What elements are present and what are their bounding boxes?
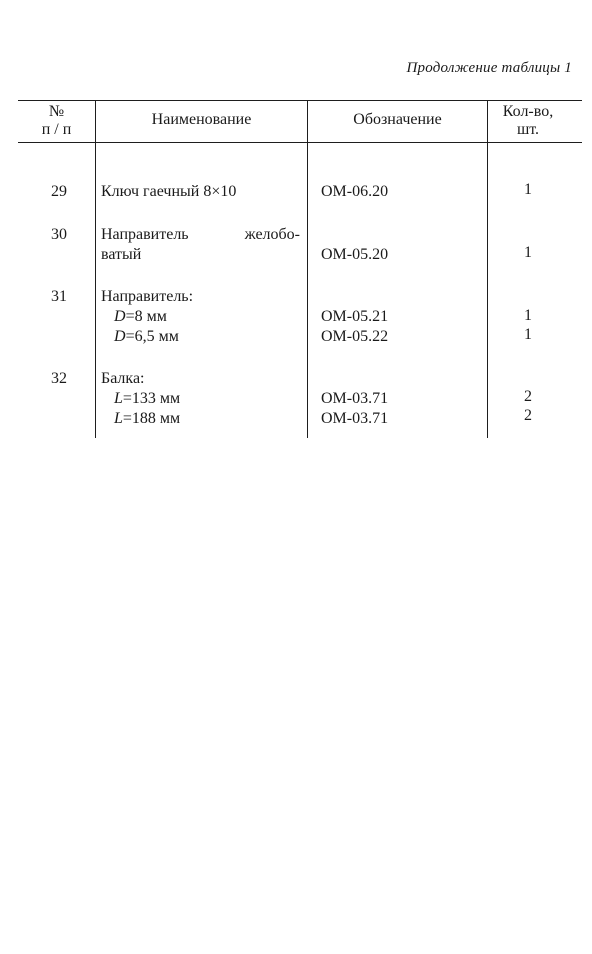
row-number: 30 — [24, 225, 94, 245]
row-name: Направитель: — [101, 287, 193, 307]
variant-designation: ОМ-03.71 — [321, 389, 388, 409]
variant-spec: L=133 мм — [114, 389, 180, 409]
table-top-rule — [18, 100, 582, 101]
header-number: № п / п — [18, 103, 95, 139]
row-name-line1: Направитель желобо- — [101, 225, 300, 245]
row-number: 32 — [24, 369, 94, 389]
row-designation: ОМ-05.20 — [321, 245, 388, 265]
header-bottom-rule — [18, 142, 582, 143]
variant-designation: ОМ-05.21 — [321, 307, 388, 327]
row-name: Ключ гаечный 8×10 — [101, 182, 236, 202]
table-caption: Продолжение таблицы 1 — [407, 60, 573, 77]
row-quantity: 1 — [488, 180, 568, 200]
row-name: Балка: — [101, 369, 145, 389]
variant-designation: ОМ-03.71 — [321, 409, 388, 429]
header-quantity: Кол-во, шт. — [488, 103, 568, 139]
variant-quantity: 2 — [488, 406, 568, 426]
row-quantity: 1 — [488, 243, 568, 263]
header-designation: Обозначение — [308, 111, 487, 129]
row-name-line2: ватый — [101, 245, 141, 265]
header-name: Наименование — [96, 111, 307, 129]
variant-quantity: 2 — [488, 387, 568, 407]
variant-quantity: 1 — [488, 325, 568, 345]
variant-spec: D=6,5 мм — [114, 327, 179, 347]
variant-designation: ОМ-05.22 — [321, 327, 388, 347]
variant-spec: L=188 мм — [114, 409, 180, 429]
column-divider-1 — [95, 100, 96, 438]
row-designation: ОМ-06.20 — [321, 182, 388, 202]
column-divider-2 — [307, 100, 308, 438]
row-number: 31 — [24, 287, 94, 307]
row-number: 29 — [24, 182, 94, 202]
variant-spec: D=8 мм — [114, 307, 167, 327]
variant-quantity: 1 — [488, 306, 568, 326]
